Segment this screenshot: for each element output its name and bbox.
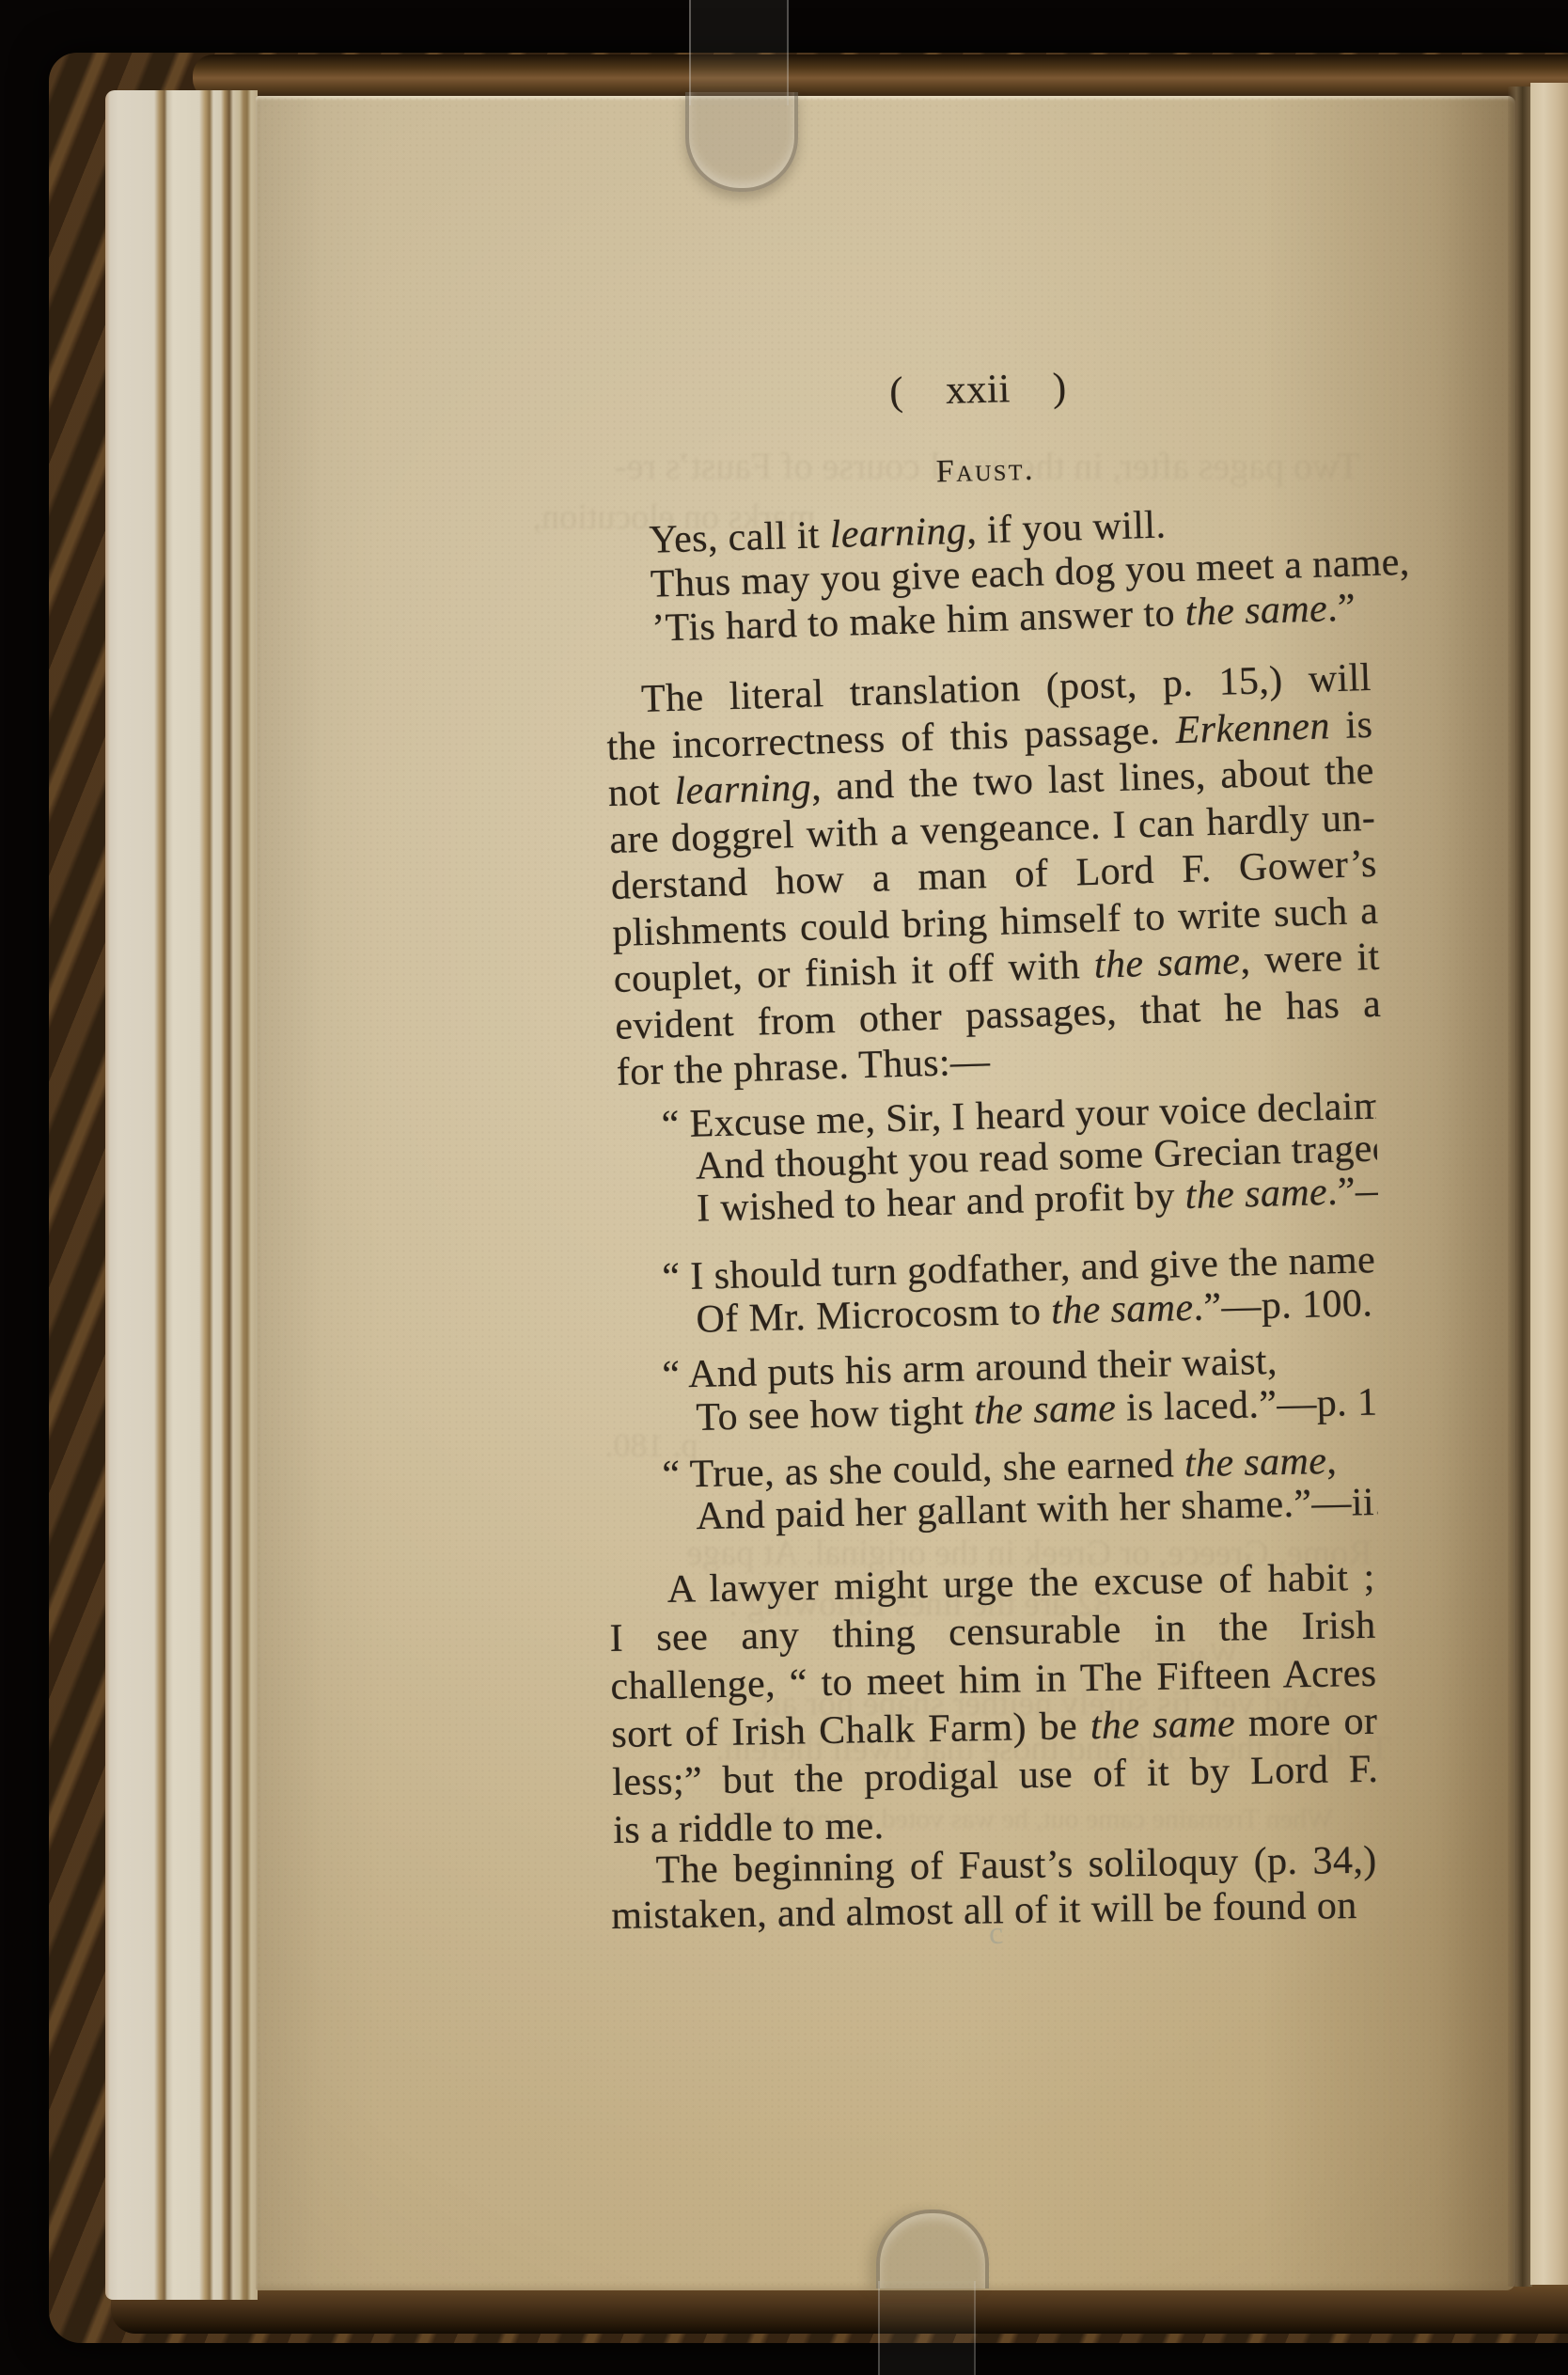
verse-quotation-4: “ True, as she could, she earned the sam… (610, 1439, 1378, 1540)
signature-mark: c (988, 1916, 1003, 1953)
text-column: ( xxii ) Faust. Yes, call it learning, i… (611, 0, 1377, 2375)
page-holder-strap-bottom (878, 2281, 976, 2375)
scanned-book-photo: Two pages after, in the usual course of … (0, 0, 1568, 2375)
page-holder-strap-top (689, 0, 789, 105)
poem-quote: Yes, call it learning, if you will. Thus… (609, 496, 1419, 653)
page-edge-stack (105, 90, 258, 2300)
verse-quotation-1: “ Excuse me, Sir, I heard your voice dec… (609, 1086, 1378, 1233)
gutter-crease (1508, 87, 1532, 2287)
verse-quotation-3: “ And puts his arm around their waist, T… (610, 1338, 1378, 1441)
opposite-page-edge (1530, 83, 1568, 2285)
section-heading: Faust. (603, 444, 1370, 498)
page-number: ( xxii ) (594, 357, 1361, 422)
paragraph-1: The literal translation (post, p. 15,) w… (604, 655, 1383, 1096)
verse-quotation-2: “ I should turn godfather, and give the … (610, 1238, 1378, 1344)
paragraph-2: A lawyer might urge the excuse of habit … (608, 1554, 1379, 1855)
